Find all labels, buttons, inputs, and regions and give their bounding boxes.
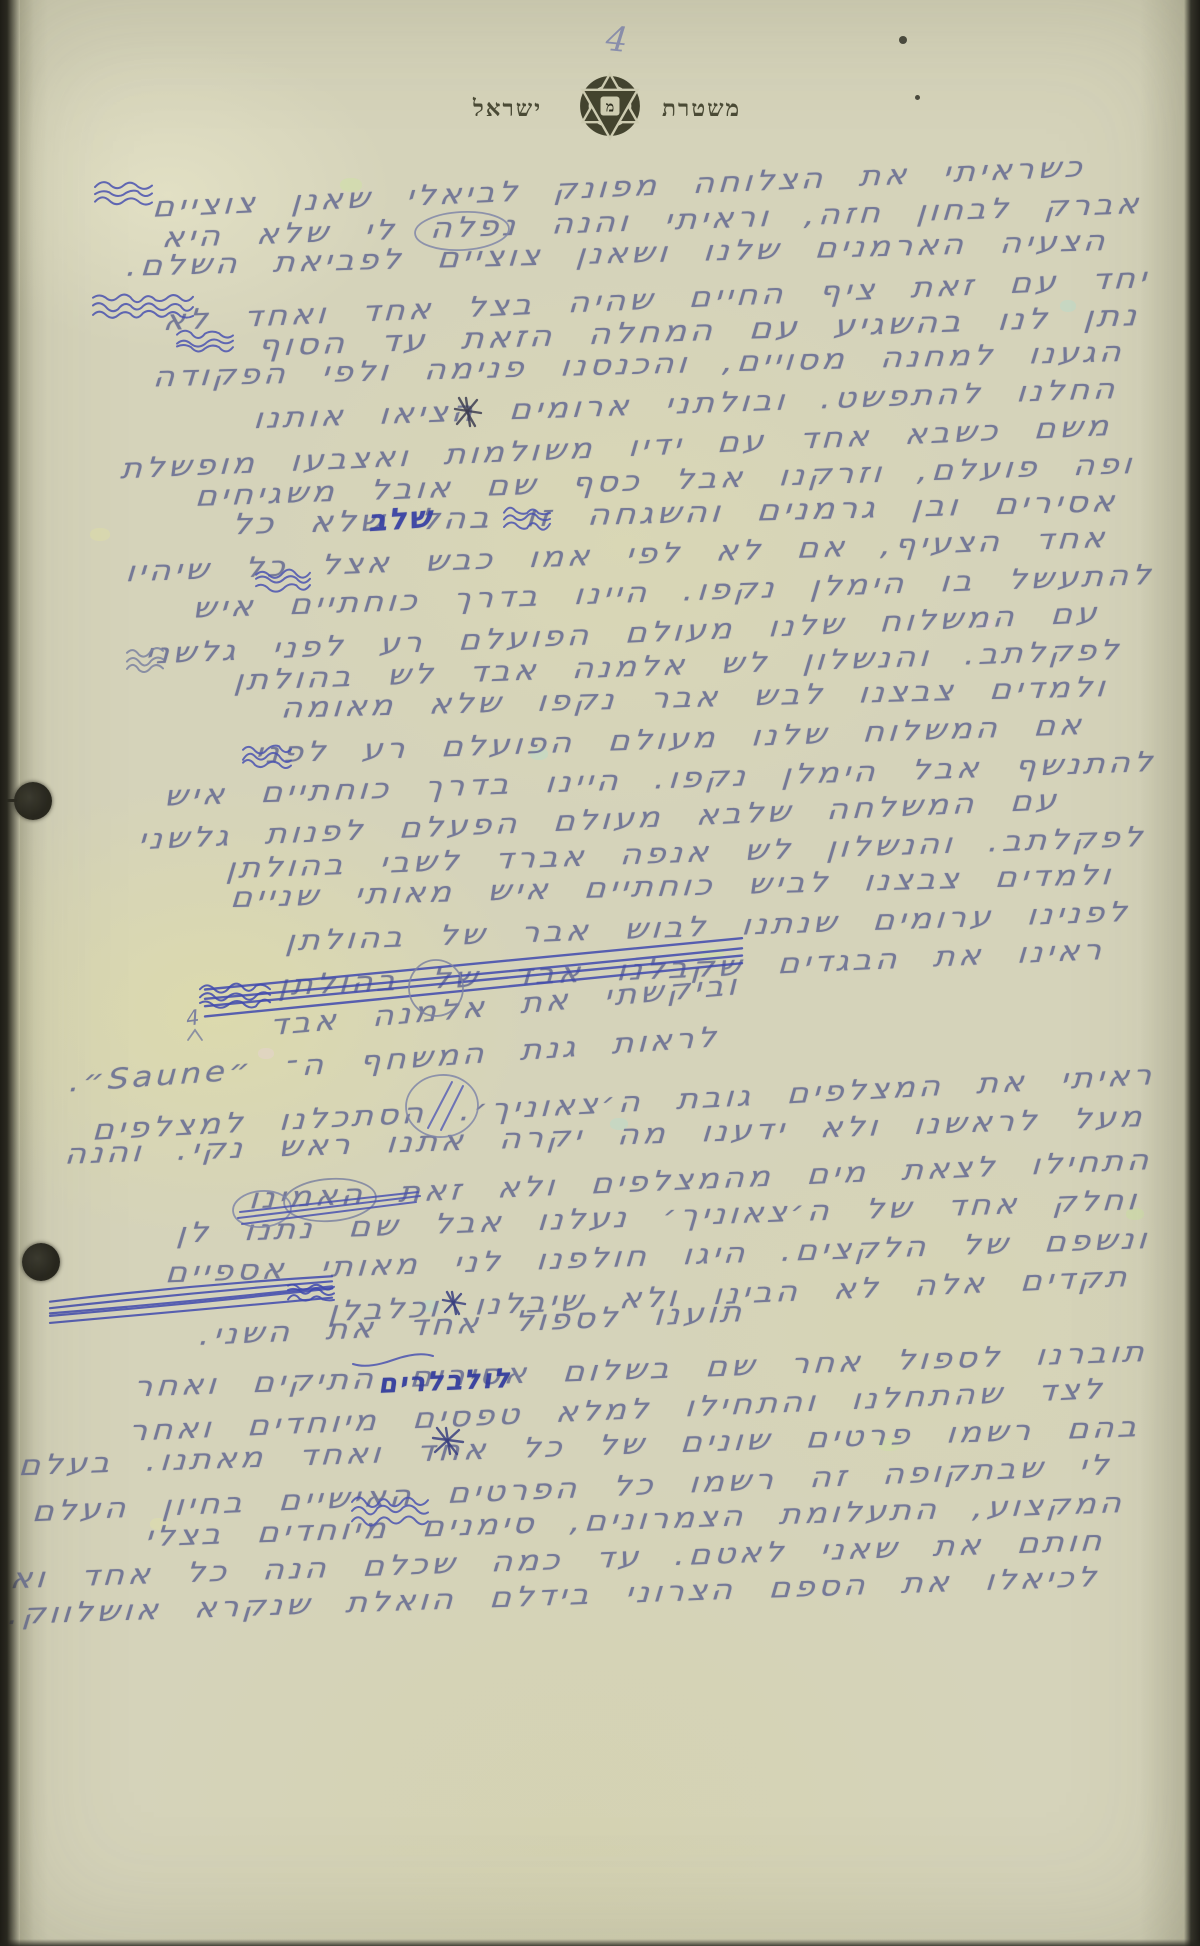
overwritten-bold-word: שלב bbox=[367, 500, 434, 539]
stray-ink-dot bbox=[915, 95, 920, 100]
strike-knot bbox=[200, 984, 270, 993]
scan-edge-bottom bbox=[0, 1939, 1200, 1946]
caret-mark bbox=[188, 1030, 202, 1040]
scan-edge-right bbox=[1184, 0, 1200, 1946]
paper-crease bbox=[20, 0, 34, 1946]
scan-edge-left bbox=[0, 0, 20, 1946]
strike-knot bbox=[288, 1295, 334, 1300]
emblem-center-letter: מ bbox=[606, 100, 614, 116]
strike-knot bbox=[288, 1289, 334, 1295]
crossout-scribble bbox=[95, 197, 152, 204]
org-name-right: משטרת bbox=[662, 96, 741, 122]
strike-knot bbox=[200, 1000, 270, 1008]
overwritten-bold-word: לולבלרים bbox=[377, 1363, 512, 1400]
strike-knot bbox=[200, 992, 270, 1000]
crossout-scribble bbox=[177, 340, 233, 347]
stray-ink-dot bbox=[899, 36, 907, 44]
scanned-document-page: 4 משטרת מ ישראל כשראיתי את הצלוחה מפונק … bbox=[0, 0, 1200, 1946]
police-badge-icon: מ bbox=[572, 68, 648, 148]
crossout-scribble bbox=[95, 191, 152, 196]
scan-color-fleck bbox=[90, 528, 110, 541]
org-name-left: ישראל bbox=[473, 96, 542, 122]
hole-punch bbox=[22, 1243, 60, 1281]
crossout-scribble bbox=[93, 295, 193, 303]
page-number: 4 bbox=[604, 19, 630, 61]
strike-through-cluster bbox=[50, 1286, 332, 1313]
inserted-number: 4 bbox=[184, 1005, 201, 1031]
strike-through-cluster bbox=[50, 1288, 332, 1315]
crossout-scribble bbox=[95, 182, 152, 189]
strike-knot bbox=[288, 1284, 334, 1289]
crossout-scribble bbox=[177, 345, 233, 352]
